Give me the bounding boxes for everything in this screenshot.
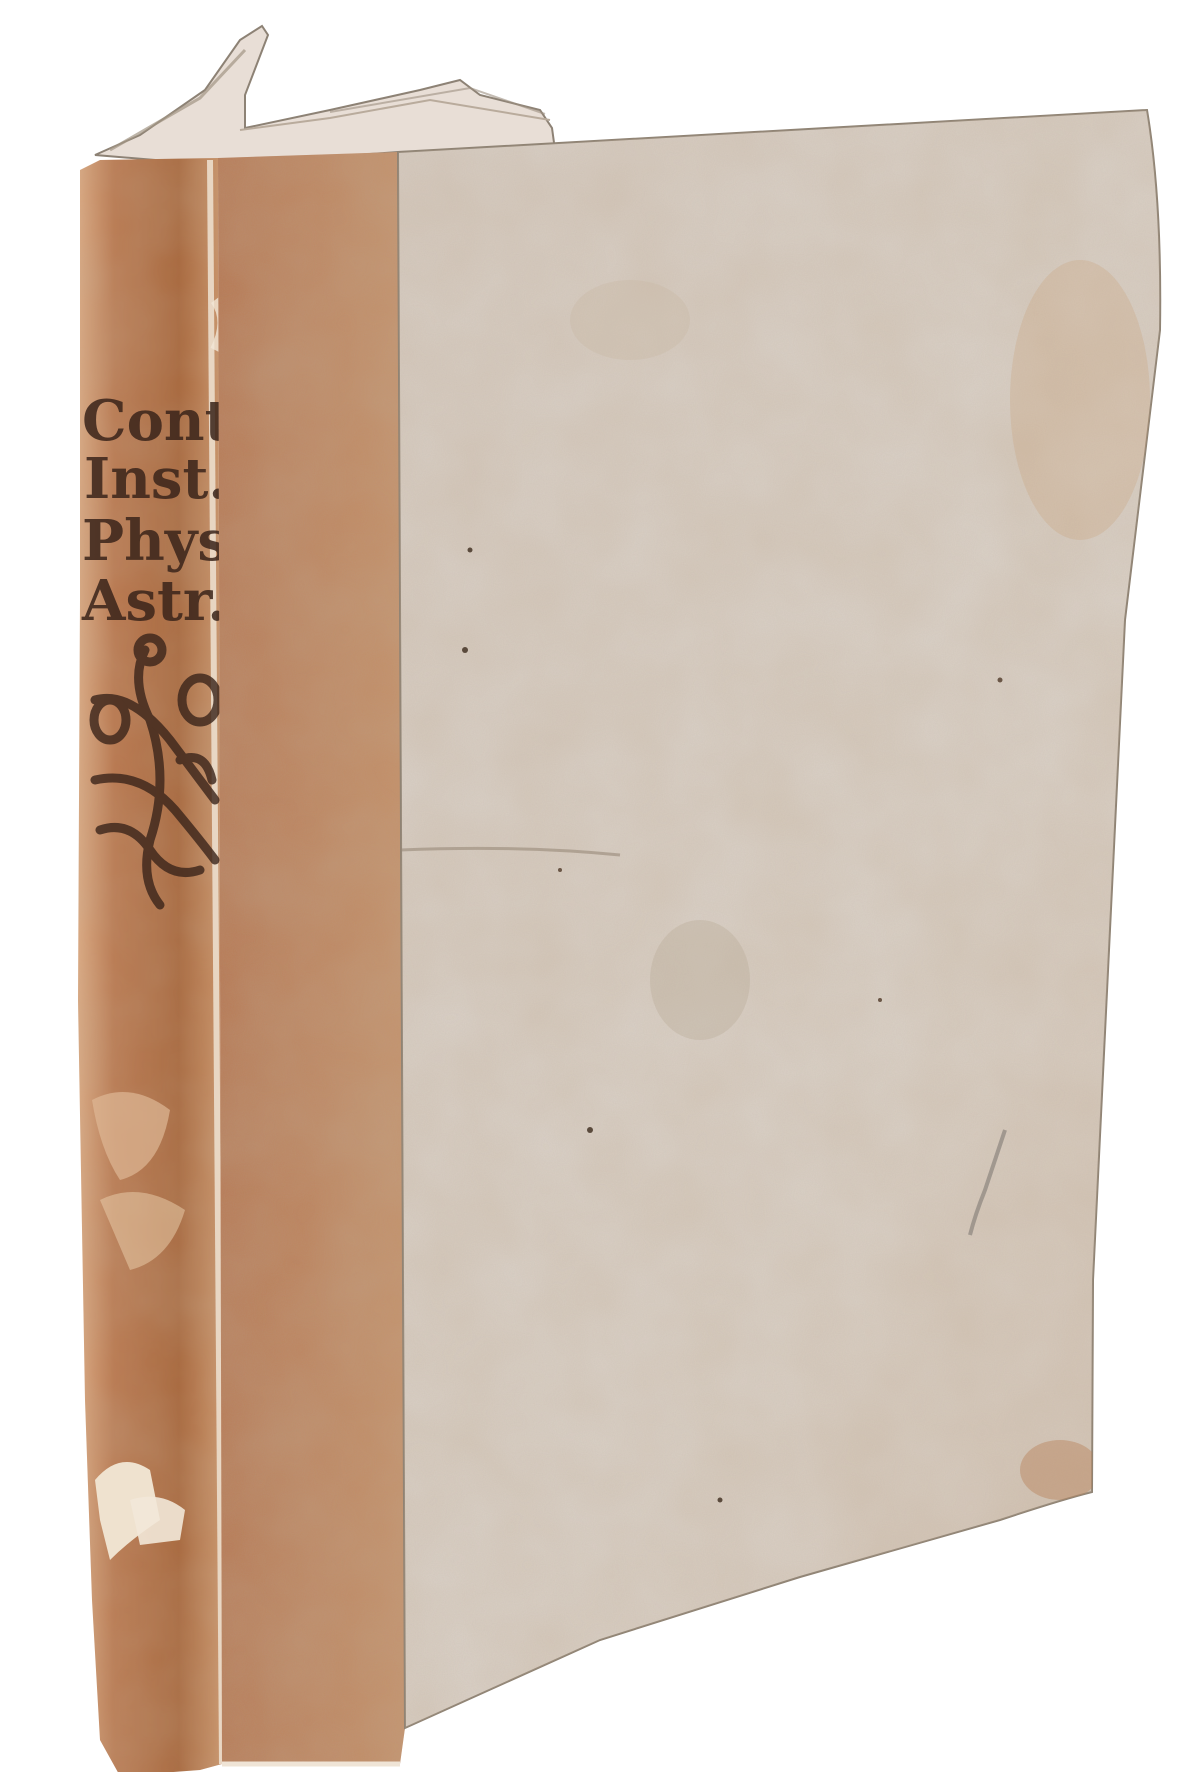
spine-title-line-4: Astr. [81, 568, 227, 634]
cover-board [390, 100, 1170, 1750]
page-block-top [95, 26, 555, 165]
book-photo: Cont. Inst. Phys. Astr. [0, 0, 1202, 1772]
quarter-binding-band [218, 152, 405, 1764]
spine-title-line-2: Inst. [84, 446, 228, 512]
book-illustration: Cont. Inst. Phys. Astr. [0, 0, 1202, 1772]
